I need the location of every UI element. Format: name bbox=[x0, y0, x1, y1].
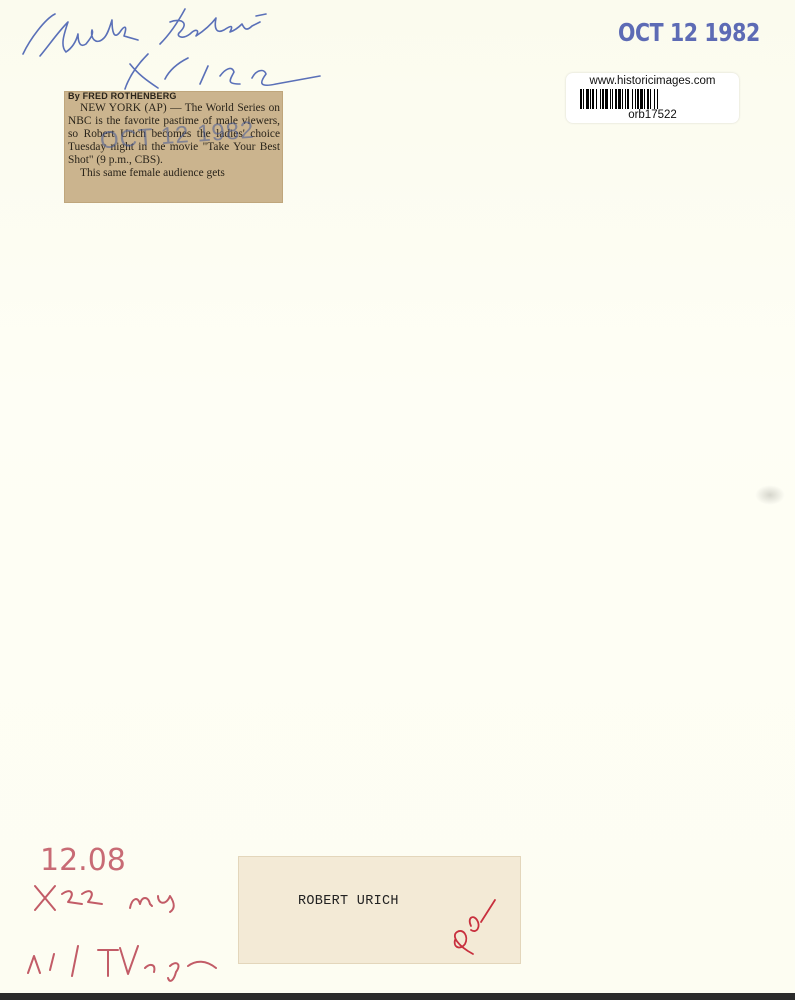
name-label: ROBERT URICH bbox=[238, 856, 521, 964]
clipping-byline: By FRED ROTHENBERG bbox=[68, 91, 177, 101]
subject-name: ROBERT URICH bbox=[298, 894, 399, 909]
red-pen-mark bbox=[443, 896, 503, 956]
barcode-label: www.historicimages.com orb17522 bbox=[566, 73, 739, 123]
clipping-paragraph: NEW YORK (AP) — The World Series on NBC … bbox=[68, 102, 280, 167]
clipping-paragraph: This same female audience gets bbox=[68, 167, 280, 180]
red-note-line1: 12.08 bbox=[40, 843, 126, 878]
smudge-mark bbox=[755, 485, 785, 505]
handwritten-name-signature bbox=[20, 4, 340, 94]
newspaper-clipping: By FRED ROTHENBERG NEW YORK (AP) — The W… bbox=[64, 91, 283, 203]
barcode-code: orb17522 bbox=[566, 109, 739, 121]
barcode-url: www.historicimages.com bbox=[566, 75, 739, 87]
clipping-body: NEW YORK (AP) — The World Series on NBC … bbox=[68, 102, 280, 180]
red-pencil-notes: 12.08 bbox=[20, 838, 250, 988]
barcode-icon bbox=[580, 89, 725, 109]
scan-bottom-edge bbox=[0, 993, 795, 1000]
date-stamp: OCT 12 1982 bbox=[618, 18, 760, 47]
